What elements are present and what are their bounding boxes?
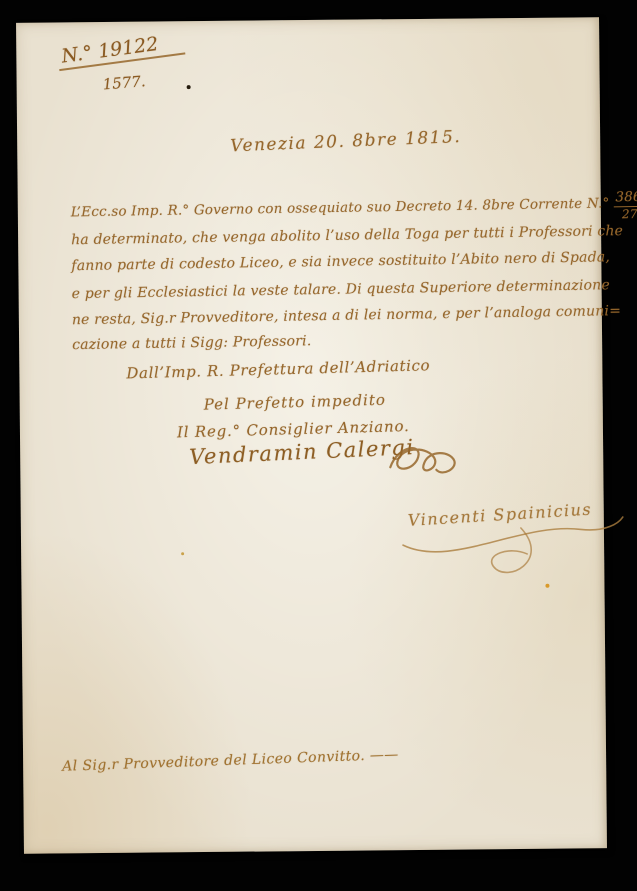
body-line: fanno parte di codesto Liceo, e sia inve…: [71, 249, 610, 274]
body-line: cazione a tutti i Sigg: Professori.: [72, 333, 312, 353]
address-line: Al Sig.r Provveditore del Liceo Convitto…: [62, 747, 399, 775]
signature-vendramin-calergi: Vendramin Calergi: [189, 435, 415, 469]
paper-speck: [181, 552, 184, 555]
closing-office-line: Dall’Imp. R. Prefettura dell’Adriatico: [126, 356, 430, 382]
dateline: Venezia 20. 8bre 1815.: [230, 127, 462, 156]
paper-speck: [545, 584, 549, 588]
document-paper: N.° 19122 1577. Venezia 20. 8bre 1815. L…: [16, 17, 607, 854]
decree-number-denominator: 2716: [614, 206, 637, 220]
paper-speck: [187, 85, 191, 89]
signature-flourish-icon: [384, 437, 462, 486]
decree-number-fraction: 38690 2716: [613, 191, 637, 220]
scan-background: N.° 19122 1577. Venezia 20. 8bre 1815. L…: [0, 0, 637, 891]
closing-deputy-line: Pel Prefetto impedito: [203, 391, 386, 414]
body-line-text: L’Ecc.so Imp. R.° Governo con ossequiato…: [71, 195, 610, 220]
reference-number: N.° 19122: [56, 30, 186, 72]
reference-year: 1577.: [102, 72, 146, 93]
body-line: ne resta, Sig.r Provveditore, intesa a d…: [72, 303, 621, 328]
body-line: e per gli Ecclesiastici la veste talare.…: [72, 277, 611, 302]
decree-number-numerator: 38690: [613, 191, 637, 207]
side-signature-flourish-icon: [401, 515, 627, 587]
